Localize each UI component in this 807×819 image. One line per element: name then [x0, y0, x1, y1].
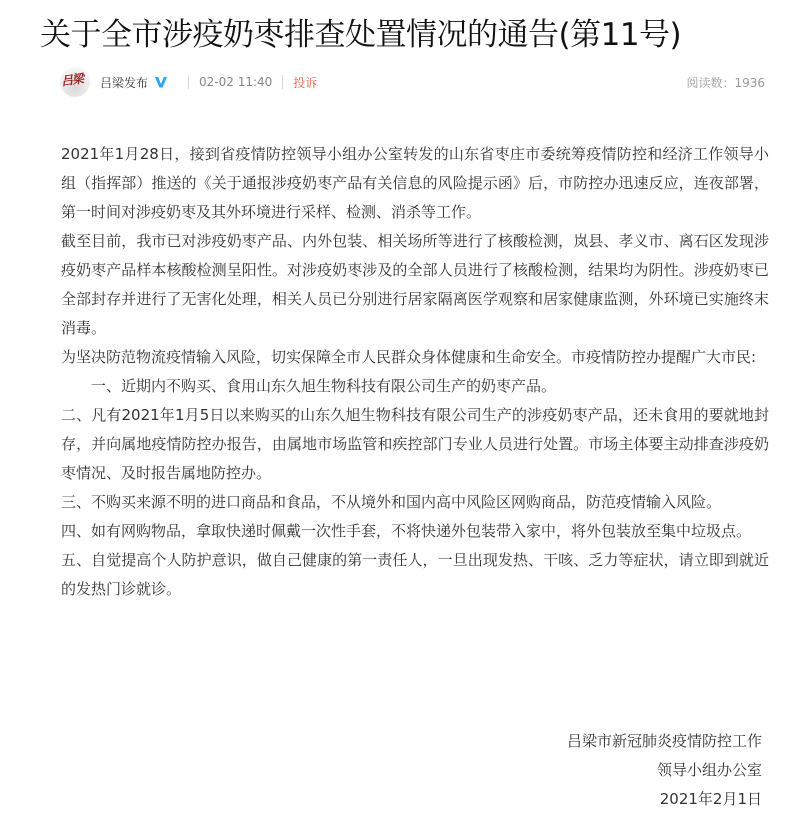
notice-item-5: 五、自觉提高个人防护意识，做自己健康的第一责任人，一旦出现发热、干咳、乏力等症状… [61, 546, 769, 604]
body-paragraph: 截至目前，我市已对涉疫奶枣产品、内外包装、相关场所等进行了核酸检测，岚县、孝义市… [61, 227, 769, 343]
read-count-label: 阅读数： [686, 76, 734, 90]
article-meta-bar: 吕梁 吕梁发布 02-02 11:40 投诉 阅读数：1936 [60, 66, 765, 98]
notice-item-2: 二、凡有2021年1月5日以来购买的山东久旭生物科技有限公司生产的涉疫奶枣产品，… [61, 401, 769, 488]
signature-date: 2021年2月1日 [567, 785, 762, 814]
article-body: 2021年1月28日，接到省疫情防控领导小组办公室转发的山东省枣庄市委统筹疫情防… [61, 140, 769, 604]
report-link[interactable]: 投诉 [293, 74, 317, 91]
notice-item-1: 一、近期内不购买、食用山东久旭生物科技有限公司生产的奶枣产品。 [61, 372, 769, 401]
publish-time: 02-02 11:40 [199, 75, 272, 89]
author-logo-icon: 吕梁 [60, 70, 84, 90]
notice-item-4: 四、如有网购物品，拿取快递时佩戴一次性手套，不将快递外包装带入家中，将外包装放至… [61, 517, 769, 546]
signature-org-line-1: 吕梁市新冠肺炎疫情防控工作 [567, 727, 762, 756]
signature-block: 吕梁市新冠肺炎疫情防控工作 领导小组办公室 2021年2月1日 [567, 727, 762, 814]
article-title: 关于全市涉疫奶枣排查处置情况的通告(第11号) [40, 14, 780, 56]
verified-v-icon [154, 75, 168, 89]
body-paragraph: 2021年1月28日，接到省疫情防控领导小组办公室转发的山东省枣庄市委统筹疫情防… [61, 140, 769, 227]
read-count-value: 1936 [734, 76, 765, 90]
author-avatar[interactable]: 吕梁 [60, 67, 90, 97]
body-paragraph: 为坚决防范物流疫情输入风险，切实保障全市人民群众身体健康和生命安全。市疫情防控办… [61, 343, 769, 372]
signature-org-line-2: 领导小组办公室 [567, 756, 762, 785]
article-page: 关于全市涉疫奶枣排查处置情况的通告(第11号) 吕梁 吕梁发布 02-02 11… [0, 0, 807, 819]
meta-divider [188, 75, 189, 89]
author-name-link[interactable]: 吕梁发布 [100, 74, 148, 91]
meta-divider [282, 75, 283, 89]
read-count: 阅读数：1936 [686, 74, 765, 91]
notice-item-3: 三、不购买来源不明的进口商品和食品，不从境外和国内高中风险区网购商品，防范疫情输… [61, 488, 769, 517]
